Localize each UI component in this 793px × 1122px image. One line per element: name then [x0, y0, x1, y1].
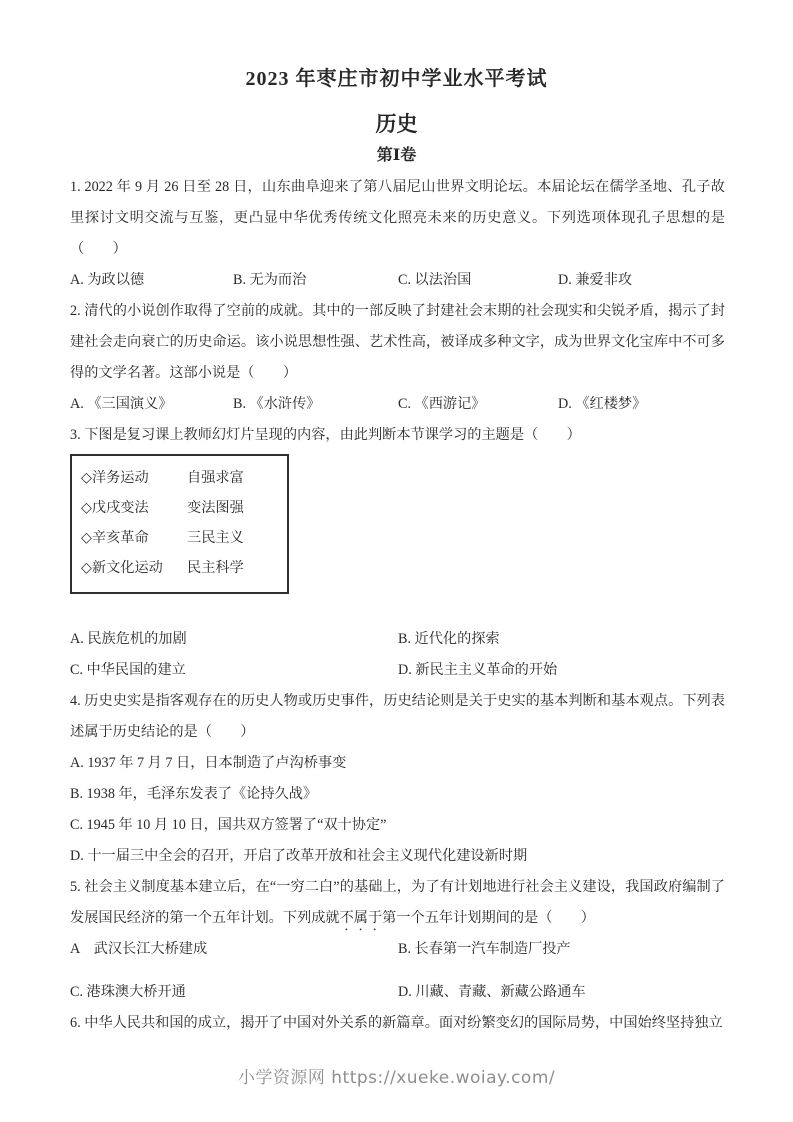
question-4-option-a: A. 1937 年 7 月 7 日，日本制造了卢沟桥事变 [70, 748, 725, 779]
question-3-options: A. 民族危机的加剧 B. 近代化的探索 C. 中华民国的建立 D. 新民主主义… [70, 624, 725, 686]
question-2-option-b: B. 《水浒传》 [233, 389, 398, 420]
question-1-option-d: D. 兼爱非攻 [558, 265, 725, 296]
slide-row: ◇戊戌变法 变法图强 [81, 493, 283, 523]
questions-area: 1. 2022 年 9 月 26 日至 28 日，山东曲阜迎来了第八届尼山世界文… [0, 172, 793, 1039]
slide-slogan: 民主科学 [187, 553, 283, 583]
exam-subject: 历史 [0, 112, 793, 137]
question-3-option-b: B. 近代化的探索 [398, 624, 725, 655]
question-2-stem: 2. 清代的小说创作取得了空前的成就。其中的一部反映了封建社会末期的社会现实和尖… [70, 296, 725, 389]
question-5-option-b: B. 长春第一汽车制造厂投产 [398, 934, 725, 965]
slide-row: ◇辛亥革命 三民主义 [81, 523, 283, 553]
slide-row: ◇洋务运动 自强求富 [81, 463, 283, 493]
question-5-options-row-1: A 武汉长江大桥建成 B. 长春第一汽车制造厂投产 [70, 934, 725, 965]
slide-row: ◇新文化运动 民主科学 [81, 553, 283, 583]
exam-title: 2023 年枣庄市初中学业水平考试 [0, 67, 793, 92]
question-5-stem-emphasis: 不属于 [340, 910, 383, 926]
question-4-option-d: D. 十一届三中全会的召开，开启了改革开放和社会主义现代化建设新时期 [70, 841, 725, 872]
slide-event: ◇洋务运动 [81, 463, 187, 493]
question-1-options: A. 为政以德 B. 无为而治 C. 以法治国 D. 兼爱非攻 [70, 265, 725, 296]
question-3-option-c: C. 中华民国的建立 [70, 655, 398, 686]
question-1-option-a: A. 为政以德 [70, 265, 233, 296]
question-1-option-c: C. 以法治国 [398, 265, 558, 296]
question-1-option-b: B. 无为而治 [233, 265, 398, 296]
watermark-footer: 小学资源网 https://xueke.woiay.com/ [0, 1066, 793, 1090]
question-5-stem-after: 第一个五年计划期间的是（ ） [382, 910, 595, 926]
question-5-option-d: D. 川藏、青藏、新藏公路通车 [398, 977, 725, 1008]
question-2-option-d: D. 《红楼梦》 [558, 389, 725, 420]
question-4-option-c: C. 1945 年 10 月 10 日，国共双方签署了“双十协定” [70, 810, 725, 841]
slide-event: ◇戊戌变法 [81, 493, 187, 523]
question-3-option-a: A. 民族危机的加剧 [70, 624, 398, 655]
question-2-options: A. 《三国演义》 B. 《水浒传》 C. 《西游记》 D. 《红楼梦》 [70, 389, 725, 420]
slide-slogan: 自强求富 [187, 463, 283, 493]
question-3-slide-box: ◇洋务运动 自强求富 ◇戊戌变法 变法图强 ◇辛亥革命 三民主义 ◇新文化运动 … [70, 454, 289, 594]
question-1-stem: 1. 2022 年 9 月 26 日至 28 日，山东曲阜迎来了第八届尼山世界文… [70, 172, 725, 265]
question-4-stem: 4. 历史史实是指客观存在的历史人物或历史事件，历史结论则是关于史实的基本判断和… [70, 686, 725, 748]
question-5-option-a: A 武汉长江大桥建成 [70, 934, 398, 965]
slide-event: ◇新文化运动 [81, 553, 187, 583]
question-4-option-b: B. 1938 年，毛泽东发表了《论持久战》 [70, 779, 725, 810]
question-5-options-row-2: C. 港珠澳大桥开通 D. 川藏、青藏、新藏公路通车 [70, 977, 725, 1008]
slide-event: ◇辛亥革命 [81, 523, 187, 553]
slide-slogan: 三民主义 [187, 523, 283, 553]
slide-slogan: 变法图强 [187, 493, 283, 523]
question-5-stem: 5. 社会主义制度基本建立后，在“一穷二白”的基础上，为了有计划地进行社会主义建… [70, 872, 725, 934]
question-2-option-c: C. 《西游记》 [398, 389, 558, 420]
section-heading: 第Ⅰ卷 [0, 145, 793, 166]
exam-paper-page: 2023 年枣庄市初中学业水平考试 历史 第Ⅰ卷 1. 2022 年 9 月 2… [0, 0, 793, 1122]
question-3-stem: 3. 下图是复习课上教师幻灯片呈现的内容，由此判断本节课学习的主题是（ ） [70, 420, 725, 451]
question-6-stem: 6. 中华人民共和国的成立，揭开了中国对外关系的新篇章。面对纷繁变幻的国际局势，… [70, 1008, 725, 1039]
question-5-option-c: C. 港珠澳大桥开通 [70, 977, 398, 1008]
question-2-option-a: A. 《三国演义》 [70, 389, 233, 420]
question-3-option-d: D. 新民主主义革命的开始 [398, 655, 725, 686]
